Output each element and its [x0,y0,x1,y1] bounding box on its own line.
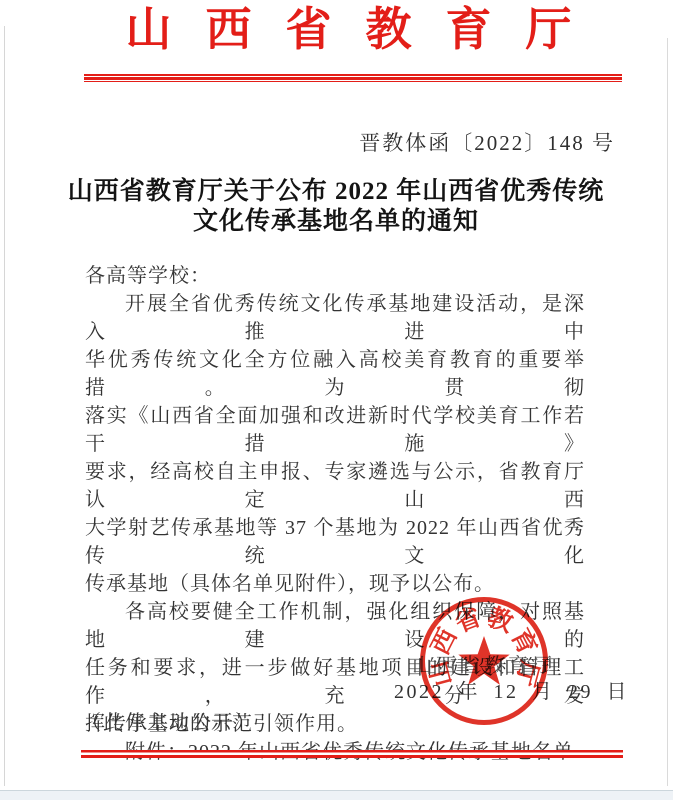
body-line: 大学射艺传承基地等 37 个基地为 2022 年山西省优秀传统文化 [85,514,585,570]
body-line: 华优秀传统文化全方位融入高校美育教育的重要举措。为贯彻 [85,346,585,402]
notice-title: 山西省教育厅关于公布 2022 年山西省优秀传统 文化传承基地名单的通知 [36,177,636,237]
document-number: 晋教体函〔2022〕148 号 [359,127,615,157]
body-line: 开展全省优秀传统文化传承基地建设活动，是深入推进中 [85,290,585,346]
disclosure-note: （此件主动公开） [81,706,257,735]
notice-title-line2: 文化传承基地名单的通知 [36,207,636,237]
page-edge-right [667,38,668,786]
letterhead-agency-name: 山西省教育厅 [12,4,673,56]
body-line: 落实《山西省全面加强和改进新时代学校美育工作若干措施》 [85,402,585,458]
body-line: 要求，经高校自主申报、专家遴选与公示，省教育厅认定山西 [85,458,585,514]
footer-divider-rule [81,750,623,758]
page-edge-bottom [0,790,673,800]
page-edge-left [4,26,5,786]
notice-title-line1: 山西省教育厅关于公布 2022 年山西省优秀传统 [36,177,636,207]
official-seal: 山西省教育厅 [414,591,554,731]
star-icon [458,636,509,685]
letterhead-divider-rule [84,74,622,82]
salutation: 各高等学校： [85,262,585,290]
